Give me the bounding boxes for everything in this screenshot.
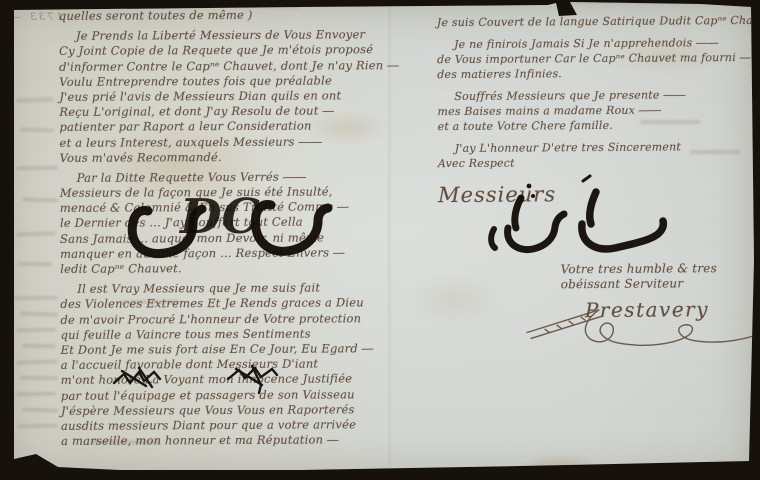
manuscript-line: d'informer Contre le Capⁿᵉ Chauvet, dont… <box>59 58 389 75</box>
manuscript-line: m'ont honoré La Voyant mon innocence Jus… <box>61 371 391 388</box>
closing-line: obéissant Serviteur <box>561 276 754 292</box>
bleed-through-smudge <box>22 344 56 349</box>
manuscript-line: Cy Joint Copie de la Requete que Je m'ét… <box>59 43 389 60</box>
manuscript-line: Avec Respect <box>438 154 753 171</box>
manuscript-line: Il est Vray Messieurs que Je me suis fai… <box>60 280 390 297</box>
bleed-through-smudge <box>20 376 58 381</box>
right-paragraphs: Je suis Couvert de la langue Satirique D… <box>437 13 753 171</box>
manuscript-line: manquer en aucune façon ... Respect Enve… <box>60 245 390 262</box>
signature-prestavery: Prestavery <box>585 297 709 322</box>
signature-row: Prestavery <box>523 295 754 349</box>
manuscript-line: le Dernier des ... J'ay Souffert tout Ce… <box>60 215 390 232</box>
manuscript-line: Et Dont Je me suis fort aise En Ce Jour,… <box>61 341 391 358</box>
manuscript-line: de m'avoir Procuré L'honneur de Votre pr… <box>60 311 390 328</box>
manuscript-line: menacé & Calomnié & En sus Traitté Comme… <box>60 199 390 216</box>
manuscript-line: Vous m'avés Recommandé. <box>60 149 390 166</box>
scanned-letter: — 1733 quelles seront toutes de même )Je… <box>0 0 760 480</box>
bleed-through-smudge <box>16 231 56 236</box>
manuscript-line: des matieres Infinies. <box>437 65 752 82</box>
marginalia: — 1733 <box>10 11 63 23</box>
paragraph: Par la Ditte Requette Vous Verrés ――Mess… <box>60 169 391 277</box>
marginalia-dash: — <box>10 11 23 23</box>
manuscript-line: Je suis Couvert de la langue Satirique D… <box>437 13 752 30</box>
right-text-column: Je suis Couvert de la langue Satirique D… <box>437 13 754 349</box>
closing-block: Votre tres humble & tresobéissant Servit… <box>561 261 754 292</box>
bleed-through-smudge <box>22 407 58 412</box>
manuscript-line: ausdits messieurs Diant pour que a votre… <box>61 417 391 434</box>
paragraph: J'ay L'honneur D'etre tres SincerementAv… <box>438 139 753 171</box>
manuscript-line: ledit Capⁿᵉ Chauvet. <box>60 260 390 277</box>
bleed-through-smudge <box>14 296 58 301</box>
bleed-through-smudge <box>22 197 58 202</box>
paragraph: Souffrés Messieurs que Je presente ――mes… <box>437 87 752 134</box>
left-text-column: quelles seront toutes de même )Je Prends… <box>59 7 391 454</box>
manuscript-line: patienter par Raport a leur Consideratio… <box>59 118 389 135</box>
bleed-through-smudge <box>16 166 58 171</box>
manuscript-line: a l'accueil favorable dont Messieurs D'i… <box>61 356 391 373</box>
bleed-through-smudge <box>18 424 58 429</box>
manuscript-line: et a leurs Interest, auxquels Messieurs … <box>59 134 389 151</box>
bleed-through-smudge <box>16 97 54 102</box>
marginalia-number: 1733 <box>28 11 63 23</box>
salutation-messieurs: Messieurs <box>438 181 753 207</box>
manuscript-line: quelles seront toutes de même ) <box>59 7 389 24</box>
paragraph: Je Prends la Liberté Messieurs de Vous E… <box>59 27 390 165</box>
manuscript-line: Voulu Entreprendre toutes fois que préal… <box>59 73 389 90</box>
manuscript-line: Je Prends la Liberté Messieurs de Vous E… <box>59 27 389 44</box>
bleed-through-smudge <box>640 120 700 124</box>
closing-line: Votre tres humble & tres <box>561 261 754 277</box>
manuscript-line: J'eus prié l'avis de Messieurs Dian quil… <box>59 88 389 105</box>
paragraph: Je ne finirois Jamais Si Je n'apprehendo… <box>437 35 752 82</box>
bleed-through-smudge <box>230 4 300 8</box>
bleed-through-smudge <box>20 311 58 316</box>
bleed-through-smudge <box>690 150 740 154</box>
bleed-through-smudge <box>20 128 54 133</box>
bleed-through-smudge <box>90 440 160 444</box>
manuscript-line: J'éspère Messieurs que Vous Vous en Rapo… <box>61 402 391 419</box>
manuscript-line: Reçu L'original, et dont J'ay Resolu de … <box>59 103 389 120</box>
manuscript-line: et a toute Votre Chere famille. <box>438 117 753 134</box>
manuscript-line: des Violences Extremes Et Je Rends grace… <box>60 296 390 313</box>
letter-page: — 1733 quelles seront toutes de même )Je… <box>0 0 760 480</box>
paragraph: Je suis Couvert de la langue Satirique D… <box>437 13 752 30</box>
manuscript-line: Messieurs de la façon que Je suis été In… <box>60 184 390 201</box>
manuscript-line: Par la Ditte Requette Vous Verrés ―― <box>60 169 390 186</box>
bleed-through-smudge <box>16 392 56 397</box>
paragraph: Il est Vray Messieurs que Je me suis fai… <box>60 280 391 449</box>
manuscript-line: Sans Jamais ... auquel mon Devoir, ni mê… <box>60 230 390 247</box>
manuscript-line: qui feuille a Vaincre tous mes Sentiment… <box>61 326 391 343</box>
manuscript-line: par tout l'équipage et passagers de son … <box>61 387 391 404</box>
bleed-through-smudge <box>16 359 58 364</box>
bleed-through-smudge <box>18 262 52 267</box>
paragraph: quelles seront toutes de même ) <box>59 7 389 24</box>
bleed-through-smudge <box>16 328 56 333</box>
